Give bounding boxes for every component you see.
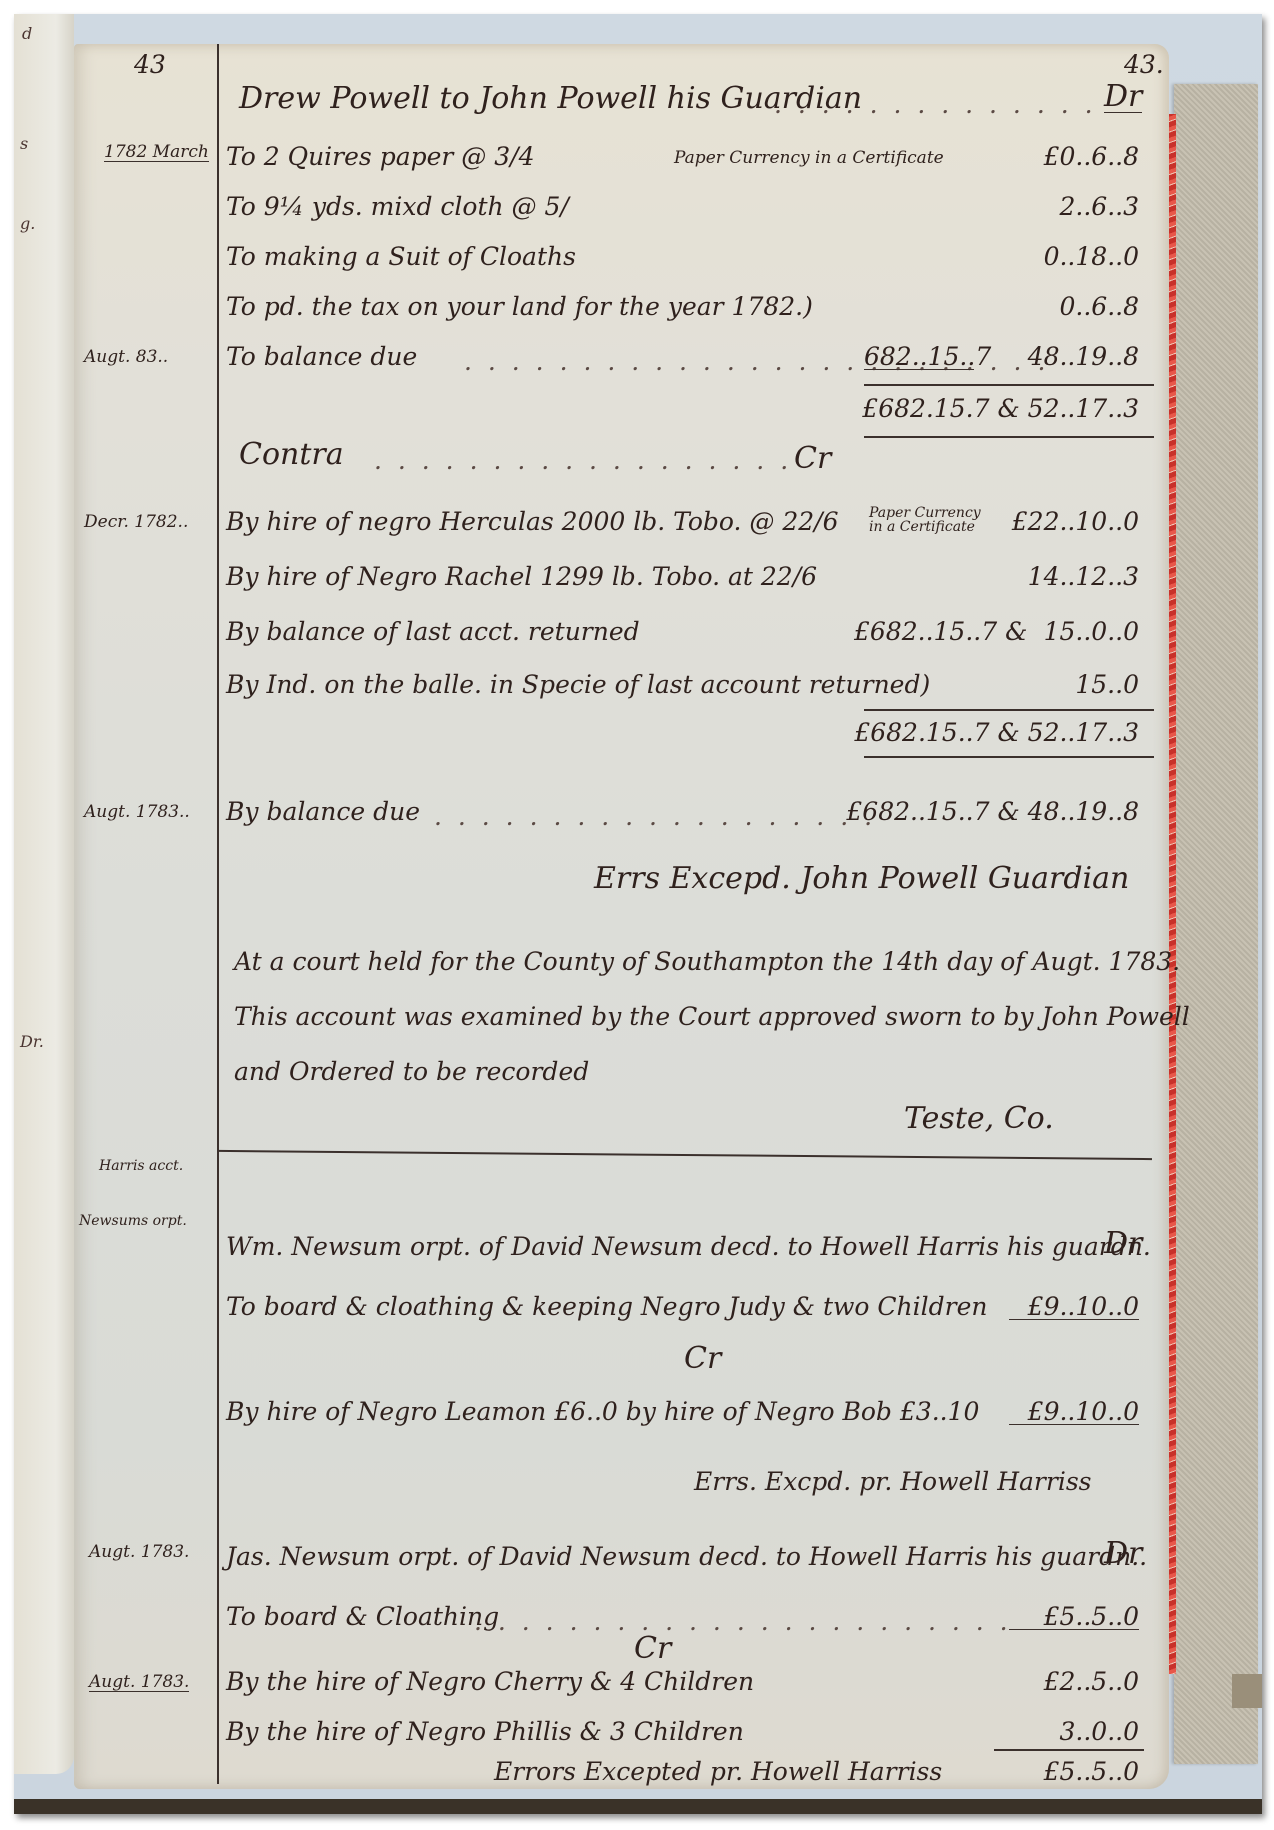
photo-frame: d s g. Dr. 43 43. Drew Powell to John Po… [14,14,1262,1814]
section-rule [217,1150,1152,1160]
left-page-fragment: g. [20,214,35,233]
court-note-line: This account was examined by the Court a… [234,1004,1190,1029]
credit-label: Cr [794,444,831,474]
margin-rule [217,44,219,1784]
clerk-signature: Teste, Co. [904,1104,1054,1134]
contra-total: £682.15..7 & 52..17..3 [844,720,1139,745]
entry-text: By balance due [226,799,420,824]
account3-total: £5..5..0 [1009,1759,1139,1784]
entry-text: To 9¼ yds. mixd cloth @ 5/ [226,194,569,219]
entry-amount: 15..0..0 [1009,619,1139,644]
balance-amount: £682..15..7 & 48..19..8 [844,799,1139,824]
entry-date: Augt. 83.. [84,349,168,366]
entry-text: By balance of last acct. returned [226,619,640,644]
page-number-left: 43 [134,52,166,77]
entry-amount: 15..0 [1009,672,1139,697]
court-note-line: and Ordered to be recorded [234,1059,589,1084]
total-rule [864,384,1154,386]
entry-text: By hire of Negro Leamon £6..0 by hire of… [226,1399,979,1424]
total-rule [864,709,1154,711]
entry-text: By hire of negro Herculas 2000 lb. Tobo.… [226,509,839,534]
entry-date: Augt. 1783. [89,1544,189,1561]
account3-signature: Errors Excepted pr. Howell Harriss [494,1759,942,1784]
entry-amount: 0..6..8 [1009,294,1139,319]
entry-text: To pd. the tax on your land for the year… [226,294,813,319]
account1-signature: Errs Excepd. John Powell Guardian [594,864,1129,894]
left-page-fragment: Dr. [20,1032,44,1051]
credit-label: Cr [634,1634,671,1664]
book-cloth-cover [1174,84,1258,1764]
entry-text: By Ind. on the balle. in Specie of last … [226,672,930,697]
entry-amount: 2..6..3 [1009,194,1139,219]
entry-amount: £0..6..8 [1009,144,1139,169]
leader-dots: . . . . . . . . . . . . . . . . . . [374,448,792,473]
account2-signature: Errs. Excpd. pr. Howell Harriss [694,1469,1091,1494]
court-note-line: At a court held for the County of Southa… [234,949,1180,974]
margin-label: Harris acct. [99,1159,183,1173]
entry-amount: £9..10..0 [1009,1294,1139,1320]
ledger-page: 43 43. Drew Powell to John Powell his Gu… [74,44,1169,1789]
leader-dots: . . . . . . . . . . . . . . [774,92,1097,117]
left-page-fragment: s [20,134,28,153]
entry-amount: £9..10..0 [1009,1399,1139,1425]
adjacent-left-page: d s g. Dr. [14,14,74,1774]
account1-heading: Drew Powell to John Powell his Guardian [239,84,862,114]
leader-dots: . . . . . . . . . . . . . . . . . . . . … [474,1609,1012,1634]
debit-label: Dr [1104,1539,1142,1569]
debit-label: Dr [1104,82,1142,113]
left-page-fragment: d [22,24,32,43]
entry-amount: £2..5..0 [1009,1669,1139,1694]
entry-text: To board & cloathing & keeping Negro Jud… [226,1294,987,1319]
entry-amount: £22..10..0 [1009,509,1139,534]
total-rule [994,1749,1144,1751]
specie-amount: £682..15..7 & [854,619,994,644]
total-rule [864,436,1154,438]
entry-amount: 48..19..8 [1009,344,1139,369]
account2-heading: Wm. Newsum orpt. of David Newsum decd. t… [226,1234,1151,1259]
margin-label: Newsums orpt. [79,1214,187,1228]
entry-text: To balance due [226,344,417,369]
entry-text: By the hire of Negro Phillis & 3 Childre… [226,1719,744,1744]
entry-date: Decr. 1782.. [84,514,188,531]
entry-amount: 3..0..0 [1009,1719,1139,1744]
entry-amount: 14..12..3 [1009,564,1139,589]
entry-text: To board & Cloathing [226,1604,499,1629]
entry-amount: £5..5..0 [1009,1604,1139,1630]
entry-date: 1782 March [104,144,209,162]
entry-date: Augt. 1783.. [84,804,190,821]
page-number-right: 43. [1124,52,1164,77]
contra-currency-note: Paper Currency in a Certificate [869,506,994,534]
entry-text: By the hire of Negro Cherry & 4 Children [226,1669,754,1694]
account3-heading: Jas. Newsum orpt. of David Newsum decd. … [226,1544,1147,1569]
entry-date: Augt. 1783. [89,1674,189,1692]
entry-amount: 0..18..0 [1009,244,1139,269]
account1-total: £682.15.7 & 52..17..3 [844,396,1139,421]
debit-label: Dr [1104,1229,1142,1259]
entry-text: By hire of Negro Rachel 1299 lb. Tobo. a… [226,564,817,589]
specie-amount: 682..15..7 [864,344,974,370]
currency-note: Paper Currency in a Certificate [674,150,944,167]
contra-label: Contra [239,440,344,470]
entry-text: To making a Suit of Cloaths [226,244,576,269]
table-edge [14,1799,1262,1814]
leader-dots: . . . . . . . . . . . . . . . . . . . [434,804,876,829]
entry-text: To 2 Quires paper @ 3/4 [226,144,534,169]
credit-label: Cr [684,1344,721,1374]
total-rule [864,756,1154,758]
support-stick [1232,1674,1262,1708]
